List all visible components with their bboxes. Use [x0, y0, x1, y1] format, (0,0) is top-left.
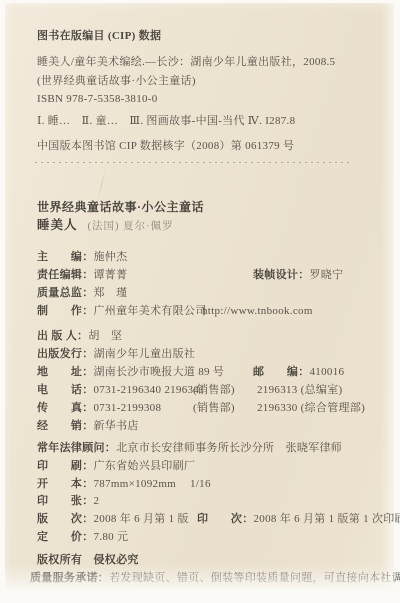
credit-editor-designer: 责任编辑：谭菁菁 装帧设计：罗晓宁: [37, 268, 384, 283]
credit-quality-director: 质量总监：郑 瑾: [37, 286, 384, 301]
fax-dept-note: (销售部): [193, 401, 235, 415]
fax-secondary: 2196330 (综合管理部): [257, 401, 365, 415]
phone-dept-note: (销售部): [193, 383, 235, 397]
legal-counsel-row: 常年法律顾问：北京市长安律师事务所长沙分所 张晓军律师: [37, 441, 384, 456]
sheets-label: 印 张：: [37, 495, 94, 507]
designer-label: 装帧设计：: [253, 269, 310, 281]
book-copyright-page: 图书在版编目 (CIP) 数据 睡美人/童年美术编绘.—长沙：湖南少年儿童出版社…: [5, 3, 394, 590]
impression-label: 印 次：: [197, 513, 254, 525]
postcode-value: 410016: [310, 366, 345, 378]
credit-chief-editor: 主 编：施仲杰: [37, 250, 384, 265]
price-row: 定 价：7.80 元: [37, 530, 384, 545]
credit-production: 制 作：广州童年美术有限公司 http://www.tnbook.com: [37, 304, 384, 319]
quality-promise-label: 质量服务承诺：: [30, 572, 109, 584]
quality-promise-row: 质量服务承诺：若发现缺页、错页、倒装等印装质量问题，可直接向本社调换。: [30, 571, 384, 586]
format-row: 开 本：787mm×1092mm 1/16: [37, 477, 384, 492]
distribution-label: 经 销：: [37, 420, 94, 432]
phone-label: 电 话：: [37, 384, 94, 396]
postcode-entry: 邮 编：410016: [253, 365, 344, 379]
book-title: 睡美人: [37, 218, 78, 232]
address-row: 地 址：湖南长沙市晚报大道 89 号 邮 编：410016: [37, 365, 384, 380]
copyright-notice: 版权所有 侵权必究: [37, 553, 384, 568]
dashed-divider: [35, 162, 353, 163]
phone-value: 0731-2196340 2196341: [94, 384, 205, 396]
designer-value: 罗晓宁: [310, 269, 344, 281]
cip-series-line: (世界经典童话故事·小公主童话): [37, 74, 384, 89]
publisher-person-row: 出 版 人：胡 坚: [37, 329, 384, 344]
address-label: 地 址：: [37, 366, 94, 378]
printer-row: 印 刷：广东省始兴县印刷厂: [37, 459, 384, 474]
publisher-person-value: 胡 坚: [88, 330, 122, 342]
price-value: 7.80 元: [94, 531, 129, 543]
production-website: http://www.tnbook.com: [202, 304, 313, 318]
scanned-colophon-page: { "colors": { "paper": "#ece3d1", "text"…: [0, 0, 400, 603]
format-value: 787mm×1092mm: [94, 478, 177, 490]
cip-classification-line: Ⅰ. 睡… Ⅱ. 童… Ⅲ. 图画故事-中国-当代 Ⅳ. I287.8: [37, 114, 384, 129]
chief-editor-label: 主 编：: [37, 251, 94, 263]
publisher-house-value: 湖南少年儿童出版社: [94, 348, 196, 360]
edition-label: 版 次：: [37, 513, 94, 525]
price-label: 定 价：: [37, 531, 94, 543]
cip-header: 图书在版编目 (CIP) 数据: [37, 29, 384, 44]
quality-director-label: 质量总监：: [37, 287, 94, 299]
paper-crease-mark: [97, 168, 106, 201]
cip-registry-line: 中国版本图书馆 CIP 数据核字（2008）第 061379 号: [37, 139, 384, 154]
publisher-house-row: 出版发行：湖南少年儿童出版社: [37, 347, 384, 362]
legal-counsel-value: 北京市长安律师事务所长沙分所 张晓军律师: [116, 442, 342, 454]
address-value: 湖南长沙市晚报大道 89 号: [94, 366, 225, 378]
fax-row: 传 真：0731-2199308 (销售部) 2196330 (综合管理部): [37, 401, 384, 416]
quality-promise-text: 若发现缺页、错页、倒装等印装质量问题，可直接向本社调换。: [109, 572, 400, 584]
chief-editor-value: 施仲杰: [94, 251, 128, 263]
phone-secondary: 2196313 (总编室): [257, 383, 342, 397]
series-title: 世界经典童话故事·小公主童话: [37, 200, 384, 215]
editor-value: 谭菁菁: [94, 269, 128, 281]
book-author: (法国) 夏尔·佩罗: [88, 221, 174, 232]
book-title-line: 睡美人(法国) 夏尔·佩罗: [37, 218, 384, 233]
distribution-value: 新华书店: [94, 420, 139, 432]
production-value: 广州童年美术有限公司: [94, 305, 207, 317]
legal-counsel-label: 常年法律顾问：: [37, 442, 116, 454]
distribution-row: 经 销：新华书店: [37, 419, 384, 434]
impression-value: 2008 年 6 月第 1 版第 1 次印刷: [254, 513, 400, 525]
sheets-value: 2: [94, 495, 100, 507]
printer-value: 广东省始兴县印刷厂: [94, 460, 196, 472]
phone-row: 电 话：0731-2196340 2196341 (销售部) 2196313 (…: [37, 383, 384, 398]
cip-isbn-line: ISBN 978-7-5358-3810-0: [37, 92, 384, 107]
format-fraction: 1/16: [190, 477, 211, 491]
format-label: 开 本：: [37, 478, 94, 490]
cip-record-line: 睡美人/童年美术编绘.—长沙：湖南少年儿童出版社，2008.5: [37, 55, 384, 70]
designer-entry: 装帧设计：罗晓宁: [253, 268, 343, 282]
publisher-house-label: 出版发行：: [37, 348, 94, 360]
edition-value: 2008 年 6 月第 1 版: [94, 513, 189, 525]
printer-label: 印 刷：: [37, 460, 94, 472]
impression-entry: 印 次：2008 年 6 月第 1 版第 1 次印刷: [197, 512, 400, 526]
publisher-person-label: 出 版 人：: [37, 330, 88, 342]
editor-label: 责任编辑：: [37, 269, 94, 281]
fax-value: 0731-2199308: [94, 402, 162, 414]
fax-label: 传 真：: [37, 402, 94, 414]
quality-director-value: 郑 瑾: [94, 287, 128, 299]
edition-row: 版 次：2008 年 6 月第 1 版 印 次：2008 年 6 月第 1 版第…: [37, 512, 384, 527]
production-label: 制 作：: [37, 305, 94, 317]
sheets-row: 印 张：2: [37, 494, 384, 509]
postcode-label: 邮 编：: [253, 366, 310, 378]
